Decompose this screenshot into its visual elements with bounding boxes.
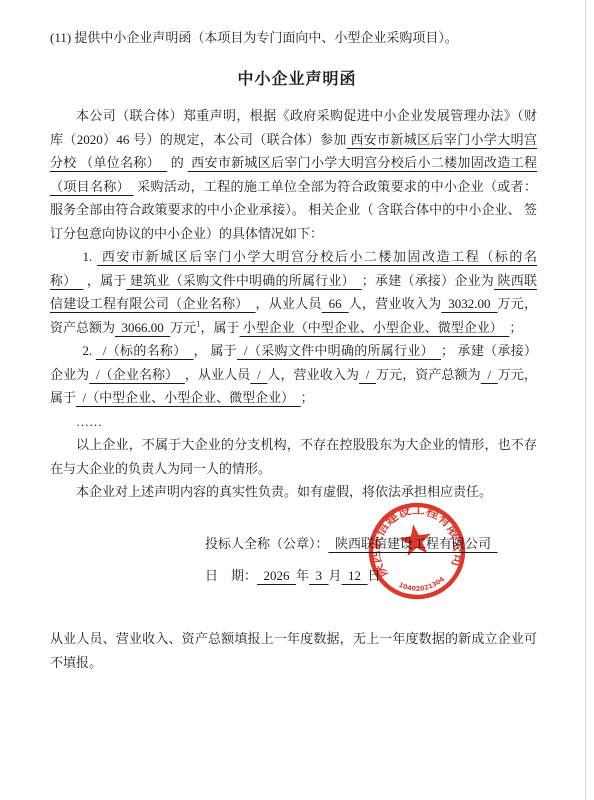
text-segment: 万元 <box>170 320 196 335</box>
text-segment: ； <box>301 390 314 405</box>
underlined-blank: /（中型企业、小型企业、微型企业） <box>76 390 301 405</box>
underlined-blank: /（标的名称） <box>96 343 194 358</box>
underlined-blank: / <box>359 367 376 382</box>
text-segment: ，从业人员 <box>185 367 250 382</box>
text-segment: ； <box>509 320 522 335</box>
seal-star-icon <box>397 522 433 557</box>
footnote-text: 从业人员、营业收入、资产总额填报上一年度数据，无上一年度数据的新成立企业可不填报… <box>50 627 537 674</box>
company-seal-stamp: 陕西联信建设工程有限公司 6104020213048 <box>332 466 501 635</box>
text-segment: 的 <box>167 155 187 170</box>
date-year-value: 2026 <box>257 568 296 583</box>
item-2: 2. /（标的名称） ， 属于 /（采购文件中明确的所属行业） ； 承建（承接）… <box>50 339 537 410</box>
date-month-value: 3 <box>309 568 329 583</box>
text-segment: ， 属于 <box>194 343 237 358</box>
item-1: 1. 西安市新城区后宰门小学大明宫分校后小二楼加固改造工程（标的名称） ，属于 … <box>50 245 537 339</box>
text-segment: ，属于 <box>201 320 240 335</box>
underlined-blank: 建筑业（采购文件中明确的所属行业） <box>127 273 362 288</box>
text-segment: 人，营业收入为 <box>349 296 442 311</box>
underlined-blank: 3066.00 <box>115 320 170 335</box>
underlined-blank: / <box>250 367 267 382</box>
document-body: 本公司（联合体）郑重声明，根据《政府采购促进中小企业发展管理办法》（财库（202… <box>50 104 537 504</box>
text-segment: 万元，资产总额为 <box>376 367 481 382</box>
intro-line: (11) 提供中小企业声明函（本项目为专门面向中、小型企业采购项目）。 <box>50 29 537 47</box>
document-title: 中小企业声明函 <box>0 66 594 89</box>
text-segment: ，属于 <box>83 273 126 288</box>
underlined-blank: /（企业名称） <box>89 367 185 382</box>
page-edge-line <box>585 0 586 800</box>
text-segment: ，从业人员 <box>256 296 322 311</box>
underlined-blank: 3032.00 <box>441 296 497 311</box>
svg-text:6104020213048: 6104020213048 <box>392 542 448 596</box>
month-suffix: 月 <box>329 568 342 583</box>
underlined-blank: 小型企业（中型企业、小型企业、微型企业） <box>240 320 510 335</box>
text-segment: …… <box>76 414 102 429</box>
text-segment: 2. <box>83 343 96 358</box>
underlined-blank: / <box>481 367 498 382</box>
underlined-blank: /（采购文件中明确的所属行业） <box>237 343 441 358</box>
text-segment: ；承建（承接）企业为 <box>362 273 494 288</box>
underlined-blank: 66 <box>322 296 349 311</box>
seal-code-text: 6104020213048 <box>392 542 448 596</box>
document-page: (11) 提供中小企业声明函（本项目为专门面向中、小型企业采购项目）。 中小企业… <box>0 0 594 800</box>
declaration-paragraph: 本公司（联合体）郑重声明，根据《政府采购促进中小企业发展管理办法》（财库（202… <box>50 104 537 245</box>
text-segment: 1. <box>83 249 98 264</box>
ellipsis-line: …… <box>50 410 537 434</box>
bidder-name-label: 投标人全称（公章）： <box>205 536 329 551</box>
text-segment: 人，营业收入为 <box>267 367 359 382</box>
year-suffix: 年 <box>296 568 309 583</box>
date-label: 日 期： <box>205 568 257 583</box>
